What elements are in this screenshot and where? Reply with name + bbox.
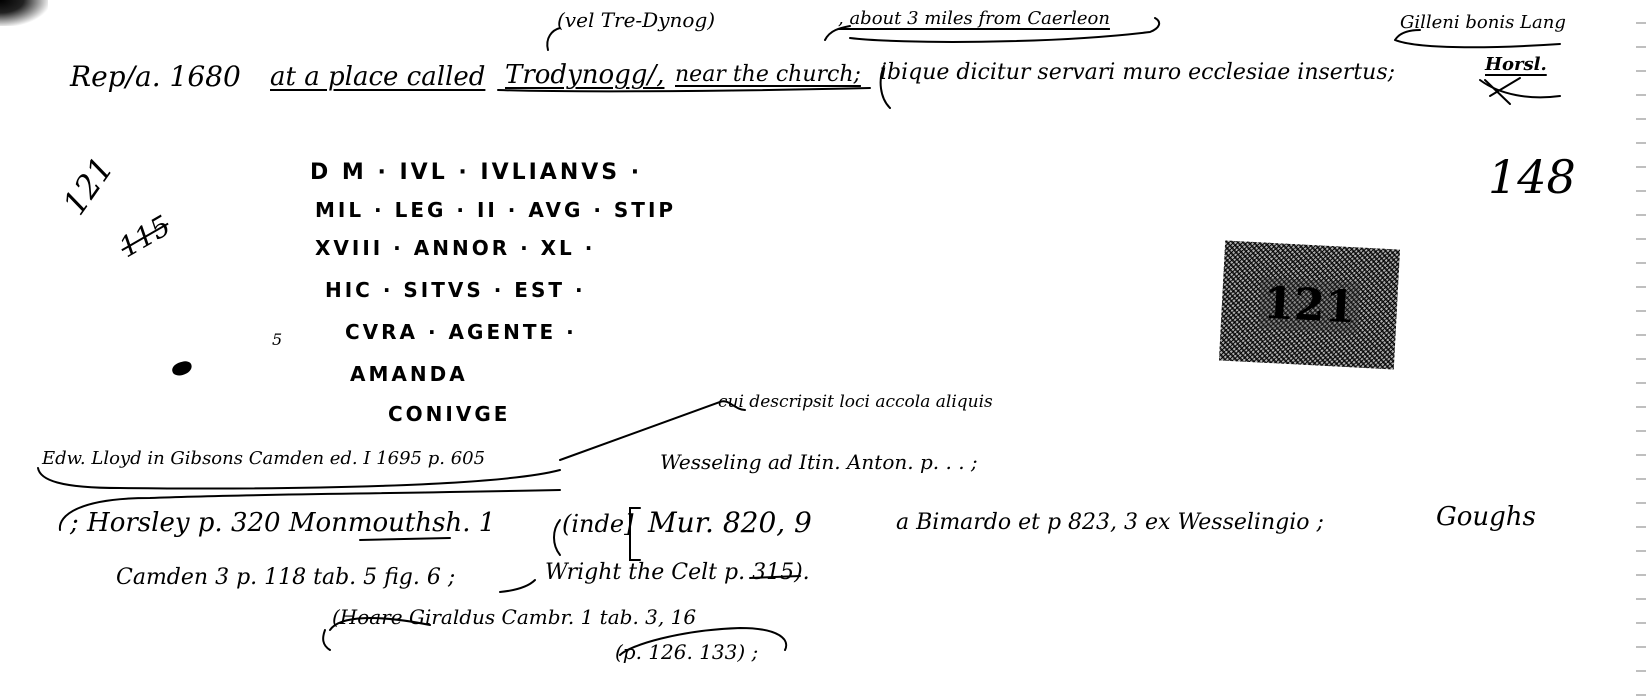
header-end-reference: Horsl. xyxy=(1485,54,1547,75)
header-called: at a place called xyxy=(270,62,485,92)
reference-muratori: Mur. 820, 9 xyxy=(648,506,812,539)
manuscript-page: (vel Tre-Dynog) , about 3 miles from Cae… xyxy=(0,0,1646,698)
header-near-church: near the church; xyxy=(675,62,861,87)
interlinear-distance-note: , about 3 miles from Caerleon xyxy=(838,8,1110,29)
header-prefix: Rep/a. 1680 xyxy=(70,60,241,93)
catalogue-number: 121 xyxy=(55,150,121,222)
inscription-line-2: MIL · LEG · II · AVG · STIP xyxy=(315,198,676,222)
header-latin-note: ibique dicitur servari muro ecclesiae in… xyxy=(880,60,1395,85)
reference-gough: Goughs xyxy=(1436,502,1536,532)
scan-corner-shadow xyxy=(0,0,48,26)
reference-hoare-pages: (p. 126. 133) ; xyxy=(615,640,758,664)
inscription-line-3: XVIII · ANNOR · XL · xyxy=(315,236,595,260)
inscription-line-5: CVRA · AGENTE · xyxy=(345,320,577,344)
struck-catalogue-number: 115 xyxy=(113,209,176,264)
stamp-number: 121 xyxy=(1258,277,1360,333)
inscription-line-6: AMANDA xyxy=(350,362,468,386)
reference-wesseling: Wesseling ad Itin. Anton. p. . . ; xyxy=(660,450,978,474)
inscription-line-7: CONIVGE xyxy=(388,402,510,426)
arrow-note: cui descripsit loci accola aliquis xyxy=(718,392,993,412)
scan-right-edge xyxy=(1636,0,1646,698)
reference-horsley: ; Horsley p. 320 Monmouthsh. 1 xyxy=(70,508,495,538)
reference-inde: (inde] xyxy=(562,510,633,538)
reference-hoare: (Hoare Giraldus Cambr. 1 tab. 3, 16 xyxy=(332,605,696,629)
folio-number: 148 xyxy=(1488,150,1576,204)
reference-lloyd: Edw. Lloyd in Gibsons Camden ed. I 1695 … xyxy=(42,448,485,469)
inscription-line-4: HIC · SITVS · EST · xyxy=(325,278,586,302)
collection-stamp: 121 xyxy=(1219,241,1400,370)
header-place-name: Trodynogg/, xyxy=(505,60,664,90)
inscription-line-1: D M · IVL · IVLIANVS · xyxy=(310,160,642,185)
ink-blot xyxy=(171,360,194,378)
line-number-marker: 5 xyxy=(272,330,282,349)
reference-camden: Camden 3 p. 118 tab. 5 fig. 6 ; xyxy=(116,565,455,590)
pen-strokes xyxy=(0,0,1646,698)
interlinear-vel-note: (vel Tre-Dynog) xyxy=(557,8,715,32)
reference-bimard: a Bimardo et p 823, 3 ex Wesselingio ; xyxy=(896,510,1324,535)
interlinear-right-note: Gilleni bonis Lang xyxy=(1400,12,1566,33)
reference-wright: Wright the Celt p. 315). xyxy=(545,560,810,585)
